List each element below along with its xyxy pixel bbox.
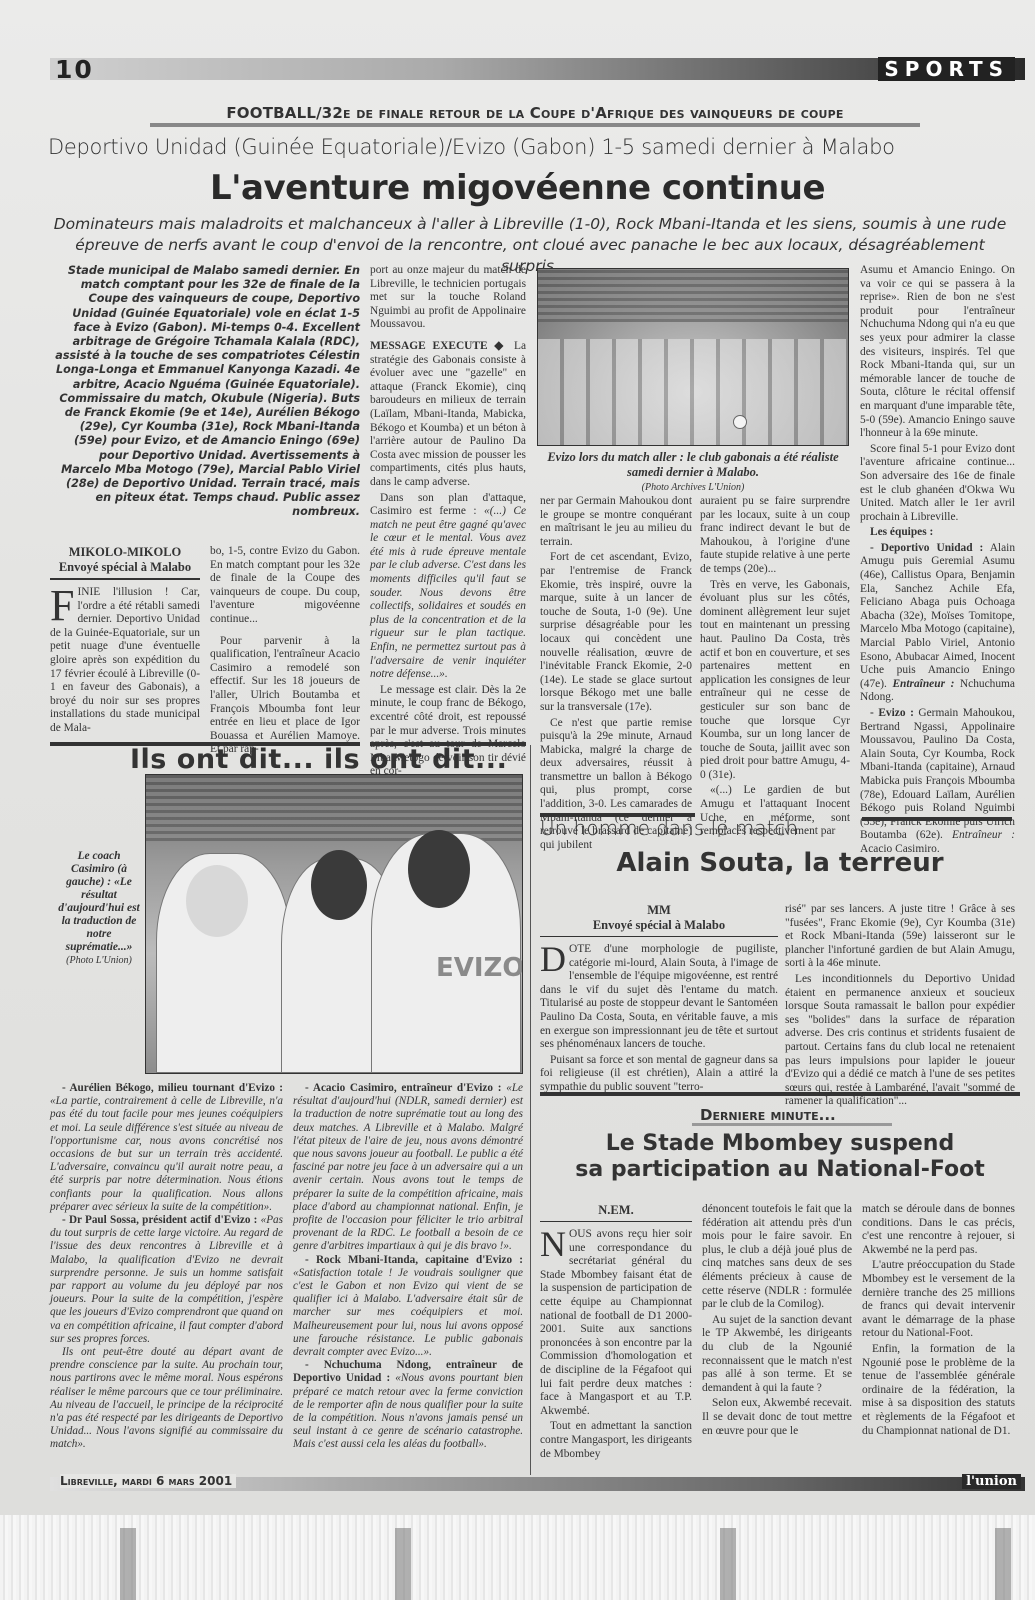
- brief-headline: Le Stade Mbombey suspend sa participatio…: [530, 1131, 1030, 1183]
- quote-text: «La partie, contrairement à celle de Lib…: [50, 1095, 283, 1213]
- home-team-label: - Deportivo Unidad :: [870, 542, 983, 554]
- article-paragraph: Tout en admettant la sanction contre Man…: [540, 1420, 692, 1461]
- scan-margin: [0, 1515, 1035, 1600]
- article-paragraph: Au sujet de la sanction devant le TP Akw…: [702, 1314, 852, 1396]
- byline-rule: [540, 936, 778, 937]
- scan-artifact: [995, 1528, 1011, 1600]
- newspaper-brand: l'union: [962, 1474, 1021, 1489]
- football-ball: [733, 415, 747, 429]
- inter-title: MESSAGE EXECUTE ◆: [370, 340, 507, 352]
- article-paragraph: risé" par ses lancers. A juste titre ! G…: [785, 903, 1015, 971]
- article-paragraph: Score final 5-1 pour Evizo dont l'aventu…: [860, 443, 1015, 525]
- quotes-column-2: - Acacio Casimiro, entraîneur d'Evizo : …: [293, 1082, 523, 1452]
- coach-label: Entraîneur :: [952, 829, 1015, 841]
- column-rule: [862, 817, 1012, 821]
- quote-item: - Aurélien Békogo, milieu tournant d'Evi…: [50, 1082, 283, 1214]
- coach-head: [186, 865, 248, 937]
- players-group: [538, 339, 848, 445]
- main-headline: L'aventure migovéenne continue: [0, 168, 1035, 208]
- main-subhead: Deportivo Unidad (Guinée Equatoriale)/Ev…: [48, 135, 928, 159]
- quote-text: «Le résultat d'aujourd'hui (NDLR, samedi…: [293, 1082, 523, 1252]
- coach-players-photo: EVIZO: [145, 774, 523, 1074]
- headline-line: sa participation au National-Foot: [530, 1157, 1030, 1183]
- player-head: [311, 850, 367, 920]
- article-paragraph: Très en verve, les Gabonais, évoluant pl…: [700, 579, 850, 783]
- kicker-rule: [692, 1123, 892, 1126]
- match-fact-box: Stade municipal de Malabo samedi dernier…: [50, 264, 360, 520]
- article-paragraph: ner par Germain Mahoukou dont le groupe …: [540, 495, 692, 549]
- quote-item: Ils ont peut-être douté au départ avant …: [50, 1346, 283, 1452]
- article-paragraph: Fort de cet ascendant, Evizo, par l'entr…: [540, 551, 692, 714]
- quote-speaker: - Dr Paul Sossa, président actif d'Evizo…: [62, 1214, 257, 1226]
- article-column-4: ner par Germain Mahoukou dont le groupe …: [540, 495, 692, 854]
- coach-label: Entraîneur :: [892, 678, 954, 690]
- article-paragraph: Enfin, la formation de la Ngounié pose l…: [862, 1343, 1015, 1438]
- article-text: OTE d'une morphologie de pugiliste, caté…: [540, 943, 778, 1050]
- away-team-label: - Evizo :: [870, 707, 914, 719]
- article-paragraph: Selon eux, Akwembé recevait. Il se devai…: [702, 1397, 852, 1438]
- scan-artifact: [120, 1528, 136, 1600]
- shirt-logo: EVIZO: [436, 953, 523, 983]
- author-name: MM: [540, 903, 778, 918]
- player-head: [408, 830, 470, 908]
- author-role: Envoyé spécial à Malabo: [540, 918, 778, 933]
- dropcap: N: [540, 1230, 566, 1258]
- headline-line: Le Stade Mbombey suspend: [530, 1131, 1030, 1157]
- article-column-1: MIKOLO-MIKOLO Envoyé spécial à Malabo FI…: [50, 545, 200, 738]
- article-paragraph: port au onze majeur du match de Librevil…: [370, 264, 526, 332]
- quote-speaker: - Acacio Casimiro, entraîneur d'Evizo :: [305, 1082, 501, 1094]
- main-kicker: FOOTBALL/32e de finale retour de la Coup…: [150, 104, 920, 122]
- author-name: N.EM.: [540, 1203, 692, 1218]
- photo-credit: (Photo L'Union): [55, 954, 143, 967]
- byline-rule: [50, 578, 200, 580]
- brief-kicker: Derniere minute...: [700, 1106, 836, 1124]
- team-photo-caption: Evizo lors du match aller : le club gabo…: [537, 450, 849, 495]
- coach-photo-caption: Le coach Casimiro (à gauche) : «Le résul…: [55, 850, 143, 967]
- quote-item: - Acacio Casimiro, entraîneur d'Evizo : …: [293, 1082, 523, 1254]
- author-role: Envoyé spécial à Malabo: [50, 560, 200, 575]
- brief-column-1: N.EM. NOUS avons reçu hier soir une corr…: [540, 1203, 692, 1463]
- profile-column-2: risé" par ses lancers. A juste titre ! G…: [785, 903, 1015, 1111]
- photo-credit: (Photo Archives L'Union): [537, 480, 849, 495]
- scan-artifact: [720, 1528, 736, 1600]
- article-paragraph: L'autre préoccupation du Stade Mbombey e…: [862, 1259, 1015, 1341]
- quote-item: - Dr Paul Sossa, président actif d'Evizo…: [50, 1214, 283, 1346]
- article-paragraph: Pour parvenir à la qualification, l'entr…: [210, 635, 360, 757]
- quote-speaker: - Rock Mbani-Itanda, capitaine d'Evizo :: [305, 1254, 523, 1266]
- byline-rule: [540, 1221, 692, 1222]
- article-column-2: bo, 1-5, contre Evizo du Gabon. En match…: [210, 545, 360, 759]
- article-paragraph: match se déroule dans de bonnes conditio…: [862, 1203, 1015, 1257]
- stadium-stands: [146, 775, 522, 841]
- dropcap: D: [540, 945, 566, 973]
- quote-item: - Nchuchuma Ndong, entraîneur de Deporti…: [293, 1359, 523, 1451]
- away-lineup: Germain Mahoukou, Bertrand Ngassi, Appol…: [860, 707, 1015, 841]
- article-column-6: Asumu et Amancio Eningo. On va voir ce q…: [860, 264, 1015, 859]
- profile-headline: Alain Souta, la terreur: [530, 848, 1030, 878]
- newspaper-page: 10 SPORTS FOOTBALL/32e de finale retour …: [0, 0, 1035, 1515]
- author-name: MIKOLO-MIKOLO: [50, 545, 200, 560]
- coach-quote: «(...) Ce match ne peut être gagné qu'av…: [370, 505, 526, 680]
- lineups-title: Les équipes :: [860, 526, 1015, 540]
- profile-kicker: Un homme dans le match: [540, 816, 798, 840]
- quote-speaker: - Aurélien Békogo, milieu tournant d'Evi…: [62, 1082, 283, 1094]
- stadium-stands: [538, 269, 848, 322]
- quote-text: «Satisfaction totale ! Je voudrais souli…: [293, 1267, 523, 1358]
- footer-dateline: Libreville, mardi 6 mars 2001: [60, 1474, 236, 1488]
- section-label: SPORTS: [878, 57, 1015, 81]
- article-paragraph: bo, 1-5, contre Evizo du Gabon. En match…: [210, 545, 360, 627]
- caption-text: Evizo lors du match aller : le club gabo…: [537, 450, 849, 480]
- article-paragraph: auraient pu se faire surprendre par les …: [700, 495, 850, 577]
- article-column-5: auraient pu se faire surprendre par les …: [700, 495, 850, 841]
- article-paragraph: Puisant sa force et son mental de gagneu…: [540, 1054, 778, 1095]
- home-lineup: Alain Amugu puis Geremial Asumu (46e), C…: [860, 542, 1015, 690]
- profile-column-1: MM Envoyé spécial à Malabo DOTE d'une mo…: [540, 903, 778, 1097]
- dropcap: F: [50, 588, 74, 624]
- section-rule: [540, 1092, 1020, 1096]
- article-text: La stratégie des Gabonais consiste à évo…: [370, 340, 526, 488]
- quotes-section-title: Ils ont dit... ils ont dit...: [130, 744, 507, 775]
- scan-artifact: [395, 1528, 411, 1600]
- quote-text: «Pas du tout surpris de cette large vict…: [50, 1214, 283, 1345]
- brief-column-3: match se déroule dans de bonnes conditio…: [862, 1203, 1015, 1440]
- brief-column-2: dénoncent toutefois le fait que la fédér…: [702, 1203, 852, 1440]
- page-number: 10: [55, 55, 94, 84]
- team-photo: [537, 268, 849, 446]
- quotes-column-1: - Aurélien Békogo, milieu tournant d'Evi…: [50, 1082, 283, 1452]
- kicker-rule: [150, 123, 920, 127]
- article-paragraph: Asumu et Amancio Eningo. On va voir ce q…: [860, 264, 1015, 441]
- article-paragraph: Les inconditionnels du Deportivo Unidad …: [785, 973, 1015, 1109]
- article-paragraph: dénoncent toutefois le fait que la fédér…: [702, 1203, 852, 1312]
- article-column-3: port au onze majeur du match de Librevil…: [370, 264, 526, 781]
- caption-text: Le coach Casimiro (à gauche) : «Le résul…: [55, 850, 143, 954]
- quote-item: - Rock Mbani-Itanda, capitaine d'Evizo :…: [293, 1254, 523, 1360]
